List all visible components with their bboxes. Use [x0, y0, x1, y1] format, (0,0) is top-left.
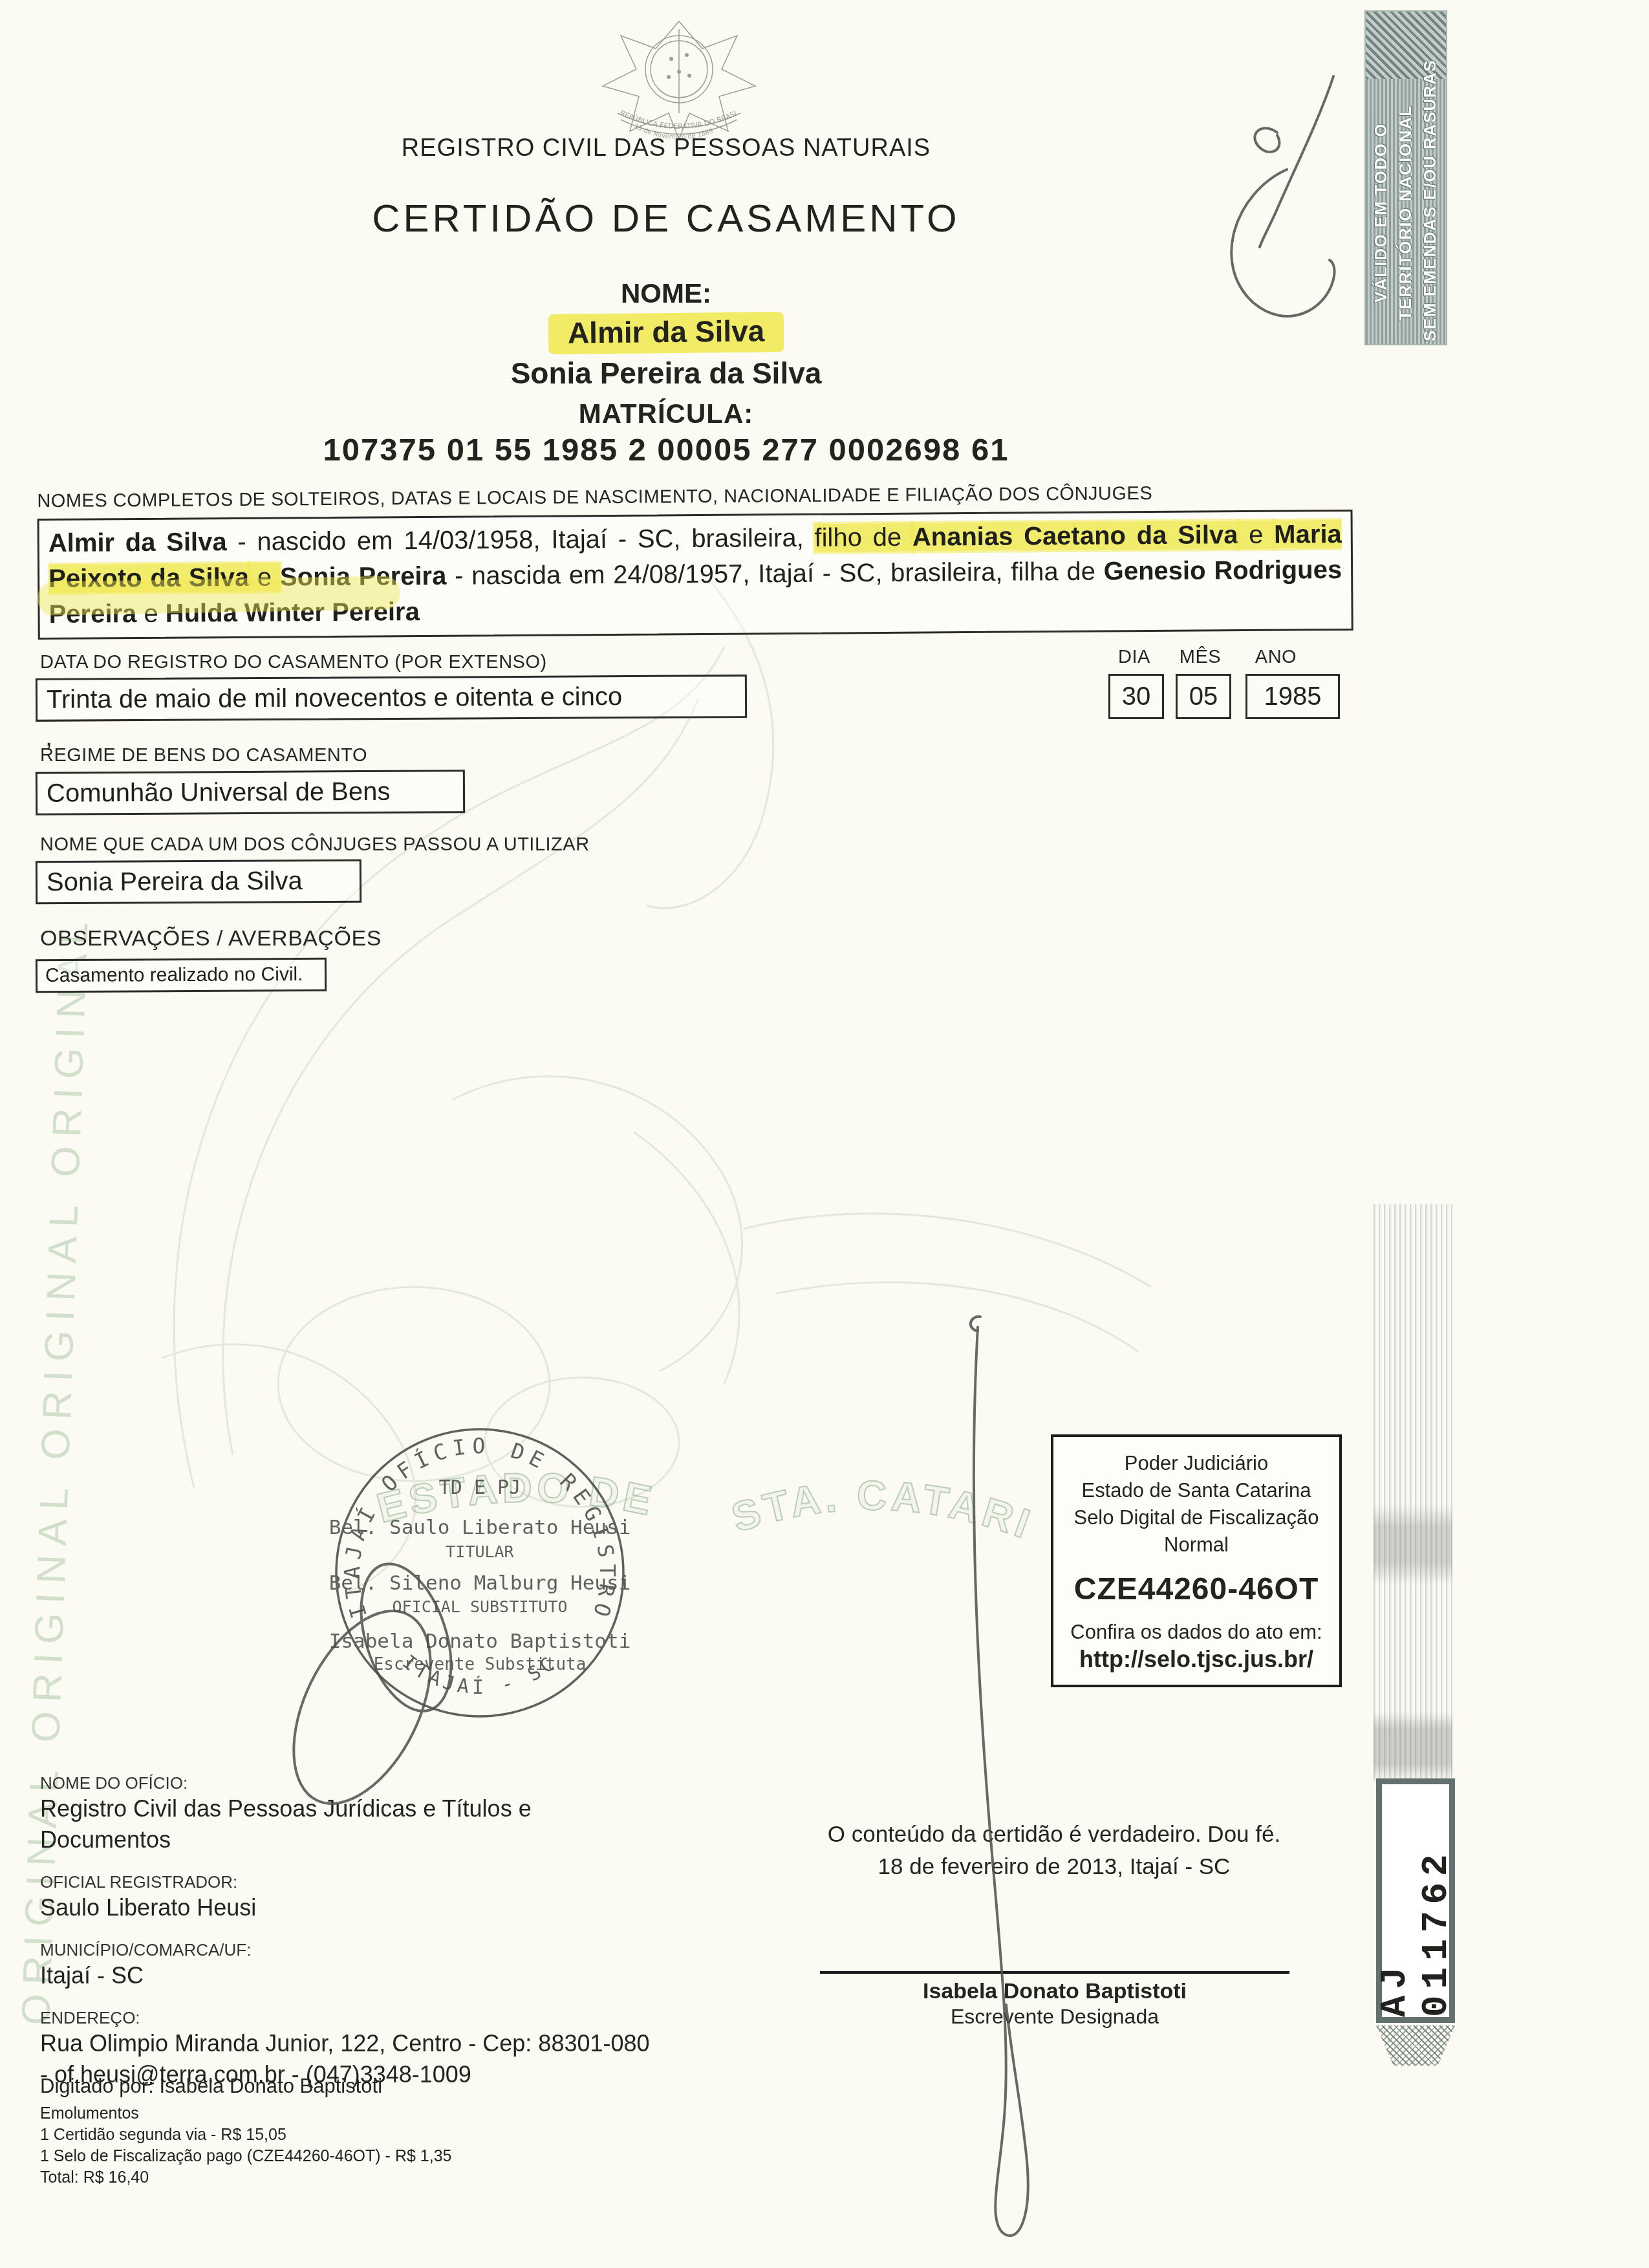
oficio-nome-line1: Registro Civil das Pessoas Jurídicas e T…	[40, 1793, 726, 1824]
nome-utilizar-label: NOME QUE CADA UM DOS CÔNJUGES PASSOU A U…	[40, 834, 590, 856]
mes-value-box: 05	[1176, 674, 1231, 719]
municipio-label: MUNICÍPIO/COMARCA/UF:	[40, 1940, 726, 1960]
spouses-section: NOMES COMPLETOS DE SOLTEIROS, DATAS E LO…	[37, 482, 1353, 640]
endereco-label: ENDEREÇO:	[40, 2008, 726, 2028]
selo-digital-box: Poder Judiciário Estado de Santa Catarin…	[1051, 1434, 1342, 1687]
spouse-text2: - nascida em 24/08/1957, Itajaí - SC, br…	[446, 557, 1104, 590]
oficio-nome-label: NOME DO OFÍCIO:	[40, 1773, 726, 1793]
spouse-text-e: e	[1238, 521, 1274, 549]
registro-label: DATA DO REGISTRO DO CASAMENTO (POR EXTEN…	[40, 652, 547, 673]
endereco-line1: Rua Olimpio Miranda Junior, 122, Centro …	[40, 2028, 726, 2059]
stamp-inner-abbrev: TD E PJ	[439, 1476, 521, 1499]
husband-name-highlighted: Almir da Silva	[548, 312, 784, 354]
registro-value-box: Trinta de maio de mil novecentos e oiten…	[36, 675, 747, 722]
matricula-number: 107375 01 55 1985 2 00005 277 0002698 61	[213, 432, 1119, 468]
certification-line1: O conteúdo da certidão é verdadeiro. Dou…	[763, 1819, 1345, 1851]
stamp-escrevente-role: Escrevente Substituta	[374, 1655, 587, 1674]
signature-name: Isabela Donato Baptistoti	[820, 1979, 1289, 2004]
security-strip-text: VÁLIDO EM TODO O TERRITÓRIO NACIONAL SEM…	[1368, 84, 1442, 341]
selo-url: http://selo.tjsc.jus.br/	[1053, 1646, 1339, 1673]
selo-code: CZE44260-46OT	[1053, 1571, 1339, 1607]
certification-statement: O conteúdo da certidão é verdadeiro. Dou…	[763, 1819, 1345, 1883]
selo-line3: Selo Digital de Fiscalização	[1053, 1504, 1339, 1531]
mes-label: MÊS	[1176, 647, 1225, 668]
selo-confira: Confira os dados do ato em:	[1053, 1619, 1339, 1646]
father-husband-name: Ananias Caetano da Silva	[912, 521, 1238, 552]
faint-security-band	[1374, 1204, 1452, 1781]
stamp-titular-role: TITULAR	[446, 1542, 514, 1561]
matricula-label: MATRÍCULA:	[213, 398, 1119, 429]
spouses-box: Almir da Silva - nascido em 14/03/1958, …	[38, 510, 1353, 640]
husband-name-row: Almir da Silva	[213, 313, 1119, 353]
spouse-wife-name: Sonia Pereira	[280, 562, 447, 592]
nome-utilizar-value-box: Sonia Pereira da Silva	[36, 859, 361, 905]
emolumentos-total: Total: R$ 16,40	[40, 2167, 451, 2188]
spouse-text-e3: e	[136, 599, 166, 628]
selo-line4: Normal	[1053, 1531, 1339, 1559]
registry-round-stamp: ITAJAÍ OFÍCIO DE REGISTRO CIVIL ITAJAÍ -…	[278, 1366, 705, 1793]
highlight-filho-de: filho de	[814, 523, 912, 552]
ano-value-box: 1985	[1245, 674, 1340, 719]
stamp-substituto-name: Bel. Sileno Malburg Heusi	[329, 1571, 631, 1595]
page-title: CERTIDÃO DE CASAMENTO	[213, 196, 1119, 241]
ano-label: ANO	[1247, 647, 1305, 668]
certification-line2: 18 de fevereiro de 2013, Itajaí - SC	[763, 1851, 1345, 1883]
regime-value-box: Comunhão Universal de Bens	[36, 770, 465, 815]
stamp-substituto-role: OFICIAL SUBSTITUTO	[393, 1597, 568, 1616]
registry-line: REGISTRO CIVIL DAS PESSOAS NATURAIS	[213, 135, 1119, 162]
brazil-coat-of-arms-sketch: REPÚBLICA FEDERATIVA DO BRASIL 15 de Nov…	[582, 10, 776, 149]
observacoes-label: OBSERVAÇÕES / AVERBAÇÕES	[40, 926, 382, 951]
registrador-label: OFICIAL REGISTRADOR:	[40, 1872, 726, 1892]
selo-line2: Estado de Santa Catarina	[1053, 1477, 1339, 1504]
selo-line1: Poder Judiciário	[1053, 1450, 1339, 1477]
wife-name: Sonia Pereira da Silva	[213, 356, 1119, 391]
stamp-titular-name: Bel. Saulo Liberato Heusi	[329, 1516, 631, 1539]
spouse-text-e2: e	[249, 563, 280, 591]
spouse-text: - nascido em 14/03/1958, Itajaí - SC, br…	[226, 524, 814, 556]
dia-label: DIA	[1110, 647, 1159, 668]
emolumentos-label: Emolumentos	[40, 2103, 451, 2124]
coat-ribbon-text: REPÚBLICA FEDERATIVA DO BRASIL	[582, 10, 738, 131]
name-label: NOME:	[213, 278, 1119, 309]
signature-line	[820, 1971, 1289, 1974]
signature-role: Escrevente Designada	[820, 2005, 1289, 2029]
digitado-line: Digitado por: Isabela Donato Baptistoti	[40, 2075, 451, 2098]
security-strip-line2: TERRITÓRIO NACIONAL	[1393, 84, 1417, 341]
spouse-husband-name: Almir da Silva	[48, 528, 227, 557]
security-strip-line3: SEM EMENDAS E/OU RASURAS	[1417, 84, 1442, 341]
serial-number-text: AJ 011762	[1374, 1784, 1457, 2017]
regime-label: REGIME DE BENS DO CASAMENTO	[40, 745, 367, 766]
observacoes-value-box: Casamento realizado no Civil.	[36, 958, 327, 993]
stamp-escrevente-name: Isabela Donato Baptistoti	[329, 1630, 631, 1653]
footer-block: Digitado por: Isabela Donato Baptistoti …	[40, 2075, 451, 2188]
security-strip-line1: VÁLIDO EM TODO O	[1368, 84, 1393, 341]
dia-value-box: 30	[1108, 674, 1164, 719]
header-block: REGISTRO CIVIL DAS PESSOAS NATURAIS CERT…	[213, 135, 1119, 468]
emolumentos-item1: 1 Certidão segunda via - R$ 15,05	[40, 2124, 451, 2146]
municipio-value: Itajaí - SC	[40, 1960, 726, 1991]
office-info-block: NOME DO OFÍCIO: Registro Civil das Pesso…	[40, 1773, 726, 2090]
serial-number-label: AJ 011762	[1376, 1778, 1455, 2023]
oficio-nome-line2: Documentos	[40, 1824, 726, 1855]
registrador-name: Saulo Liberato Heusi	[40, 1892, 726, 1923]
emolumentos-item2: 1 Selo de Fiscalização pago (CZE44260-46…	[40, 2146, 451, 2167]
mother-wife-name: Hulda Winter Pereira	[166, 598, 420, 628]
